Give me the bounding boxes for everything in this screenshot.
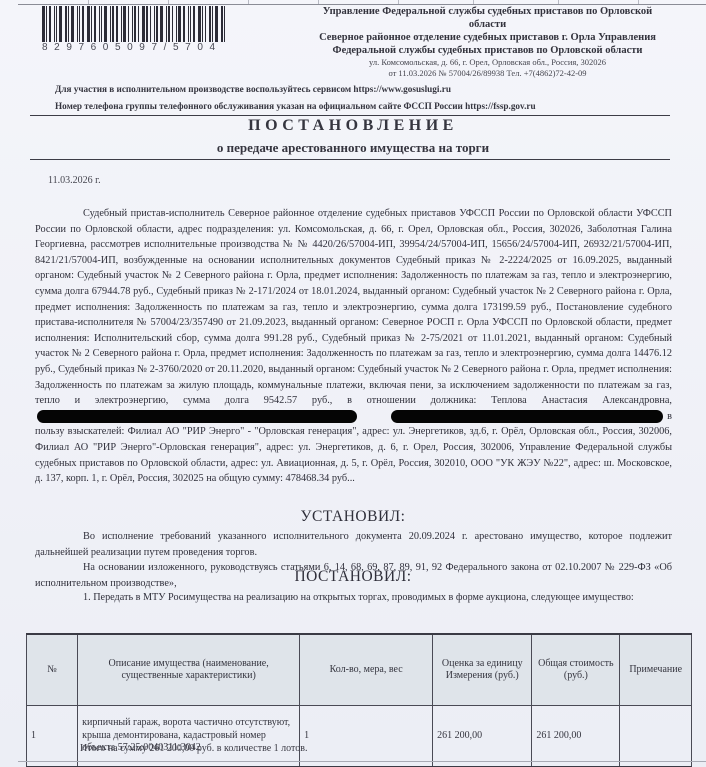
barcode-number: 8297605097/5704 xyxy=(42,42,252,53)
preamble-paragraph: Судебный пристав-исполнитель Северное ра… xyxy=(35,206,672,487)
divider xyxy=(30,159,670,160)
org-line-2: области xyxy=(300,18,675,31)
col-header-total-price: Общая стоимость (руб.) xyxy=(532,634,620,706)
cell-description: кирпичный гараж, ворота частично отсутст… xyxy=(78,706,300,767)
phone-notice: Номер телефона группы телефонного обслуж… xyxy=(55,101,536,111)
divider xyxy=(30,115,670,116)
gosuslugi-notice: Для участия в исполнительном производств… xyxy=(55,84,451,94)
cell-quantity: 1 xyxy=(300,706,433,767)
barcode-image xyxy=(42,6,247,42)
issuing-authority: Управление Федеральной службы судебных п… xyxy=(300,5,675,79)
preamble-text: Судебный пристав-исполнитель Северное ра… xyxy=(35,208,672,406)
cell-total-price: 261 200,00 xyxy=(532,706,620,767)
bottom-border xyxy=(18,761,706,762)
total-line: Итого на сумму 261 200,00 руб. в количес… xyxy=(80,743,308,754)
established-heading: УСТАНОВИЛ: xyxy=(0,508,706,526)
redaction-bar xyxy=(391,410,663,423)
col-header-unit-price: Оценка за единицу Измерения (руб.) xyxy=(433,634,532,706)
document-title: ПОСТАНОВЛЕНИЕ xyxy=(0,117,706,135)
resolved-heading: ПОСТАНОВИЛ: xyxy=(0,568,706,586)
cell-note xyxy=(620,706,692,767)
col-header-number: № xyxy=(27,634,78,706)
document-date: 11.03.2026 г. xyxy=(48,175,101,186)
table-header-row: № Описание имущества (наименование, суще… xyxy=(27,634,692,706)
cell-unit-price: 261 200,00 xyxy=(433,706,532,767)
col-header-quantity: Кол-во, мера, вес xyxy=(300,634,433,706)
document-page: 8297605097/5704 Управление Федеральной с… xyxy=(0,0,706,767)
established-text: Во исполнение требований указанного испо… xyxy=(35,531,672,558)
resolved-item-1: 1. Передать в МТУ Росимущества на реализ… xyxy=(83,592,634,603)
col-header-description: Описание имущества (наименование, сущест… xyxy=(78,634,300,706)
org-line-1: Управление Федеральной службы судебных п… xyxy=(300,5,675,18)
org-line-3: Северное районное отделение судебных при… xyxy=(300,31,675,44)
table-row: 1 кирпичный гараж, ворота частично отсут… xyxy=(27,706,692,767)
document-subtitle: о передаче арестованного имущества на то… xyxy=(0,140,706,156)
col-header-note: Примечание xyxy=(620,634,692,706)
redaction-bar xyxy=(37,410,357,423)
cell-number: 1 xyxy=(27,706,78,767)
document-reference: от 11.03.2026 № 57004/26/89938 Тел. +7(4… xyxy=(300,68,675,79)
org-line-4: Федеральной службы судебных приставов по… xyxy=(300,44,675,57)
resolved-paragraph: 1. Передать в МТУ Росимущества на реализ… xyxy=(35,590,672,606)
org-address: ул. Комсомольская, д. 66, г. Орел, Орлов… xyxy=(300,57,675,68)
